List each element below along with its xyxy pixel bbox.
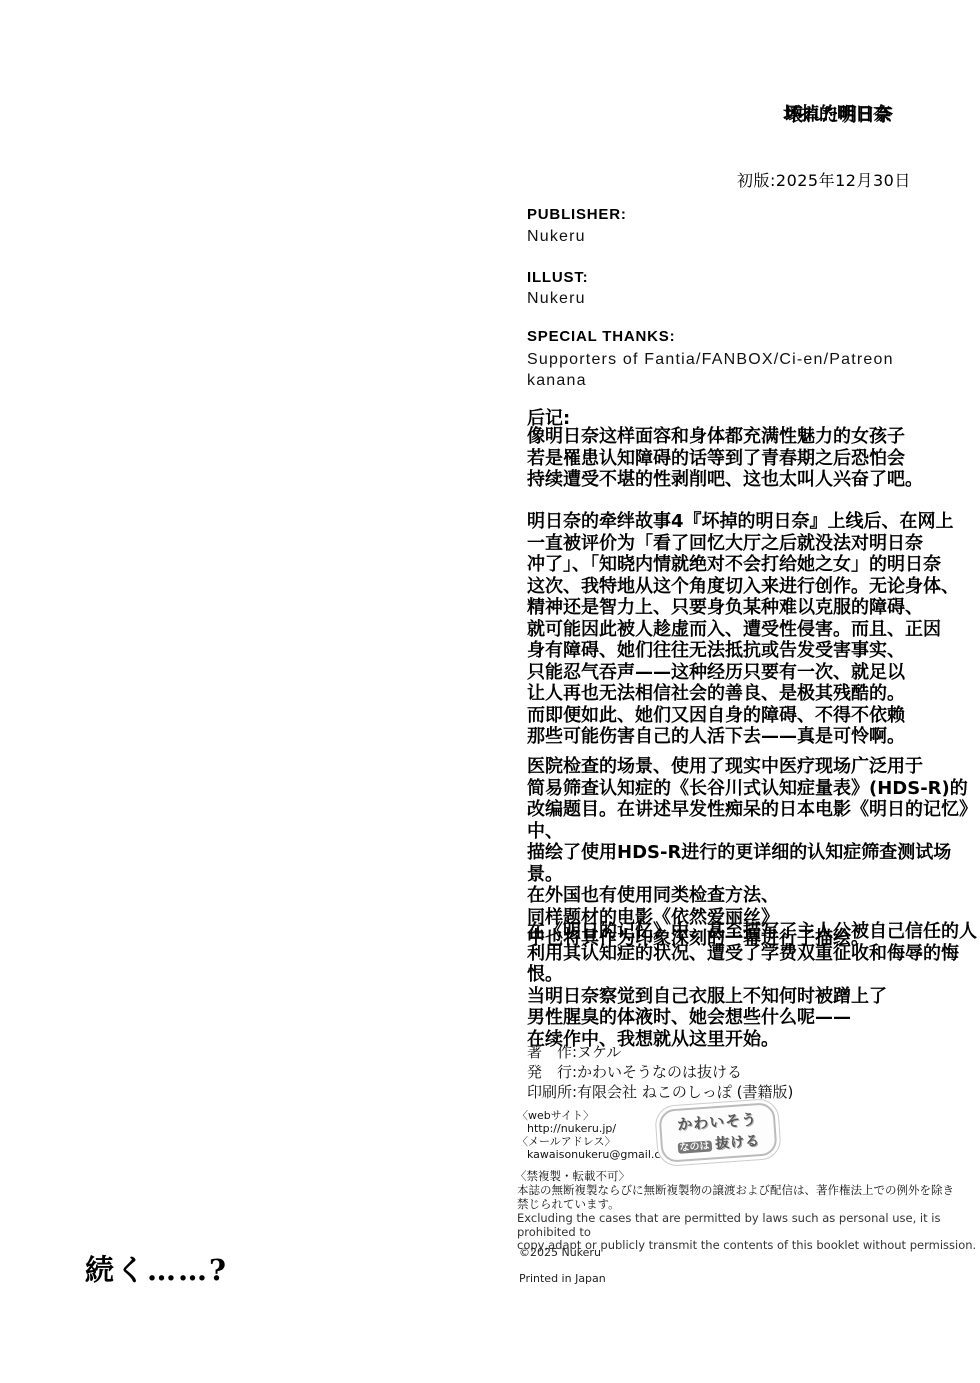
edition-date: 初版:2025年12月30日 xyxy=(737,168,911,191)
illust-label: ILLUST: xyxy=(527,269,588,286)
publisher-value: Nukeru xyxy=(527,228,586,246)
afterword-paragraph-4: 在《明日的记忆》中、甚至描写了主人公被自己信任的人 利用其认知症的状况、遭受了学… xyxy=(527,921,980,1050)
circle-logo: かわいそう なのは 抜ける xyxy=(658,1102,777,1163)
to-be-continued-text: 続く……? xyxy=(85,1248,228,1289)
copy-notice-japanese: 本誌の無断複製ならびに無断複製物の譲渡および配信は、著作権法上での例外を除き 禁… xyxy=(517,1184,954,1211)
mail-label: 〈メールアドレス〉 xyxy=(517,1135,615,1148)
printer-credit: 印刷所:有限会社 ねこのしっぽ (書籍版) xyxy=(527,1082,793,1102)
copyright-line: ©2025 Nukeru xyxy=(519,1246,601,1259)
publisher-credit: 発 行:かわいそうなのは抜ける xyxy=(527,1062,742,1082)
printed-in-line: Printed in Japan xyxy=(519,1272,606,1285)
circle-logo-nanoha: なのは xyxy=(677,1140,712,1153)
no-copy-label: 〈禁複製・転載不可〉 xyxy=(515,1170,630,1184)
afterword-paragraph-1: 像明日奈这样面容和身体都充满性魅力的女孩子 若是罹患认知障碍的话等到了青春期之后… xyxy=(527,426,923,491)
book-title: 壊れた明日奈 坏掉的明日奈 xyxy=(783,100,903,124)
special-thanks-value: Supporters of Fantia/FANBOX/Ci-en/Patreo… xyxy=(527,349,894,391)
book-title-chinese: 坏掉的明日奈 xyxy=(783,100,891,126)
circle-logo-nukeru: 抜ける xyxy=(715,1133,761,1152)
special-thanks-label: SPECIAL THANKS: xyxy=(527,328,675,345)
publisher-label: PUBLISHER: xyxy=(527,206,627,223)
illust-value: Nukeru xyxy=(527,290,586,308)
afterword-paragraph-2: 明日奈的牵绊故事4『坏掉的明日奈』上线后、在网上 一直被评价为「看了回忆大厅之后… xyxy=(527,511,959,748)
website-url: http://nukeru.jp/ xyxy=(527,1122,616,1135)
mail-address: kawaisonukeru@gmail.com xyxy=(527,1148,678,1161)
author-credit: 著 作:ヌケル xyxy=(527,1042,621,1062)
website-label: 〈webサイト〉 xyxy=(517,1109,594,1122)
colophon-page: 壊れた明日奈 坏掉的明日奈 初版:2025年12月30日 PUBLISHER: … xyxy=(0,0,980,1383)
